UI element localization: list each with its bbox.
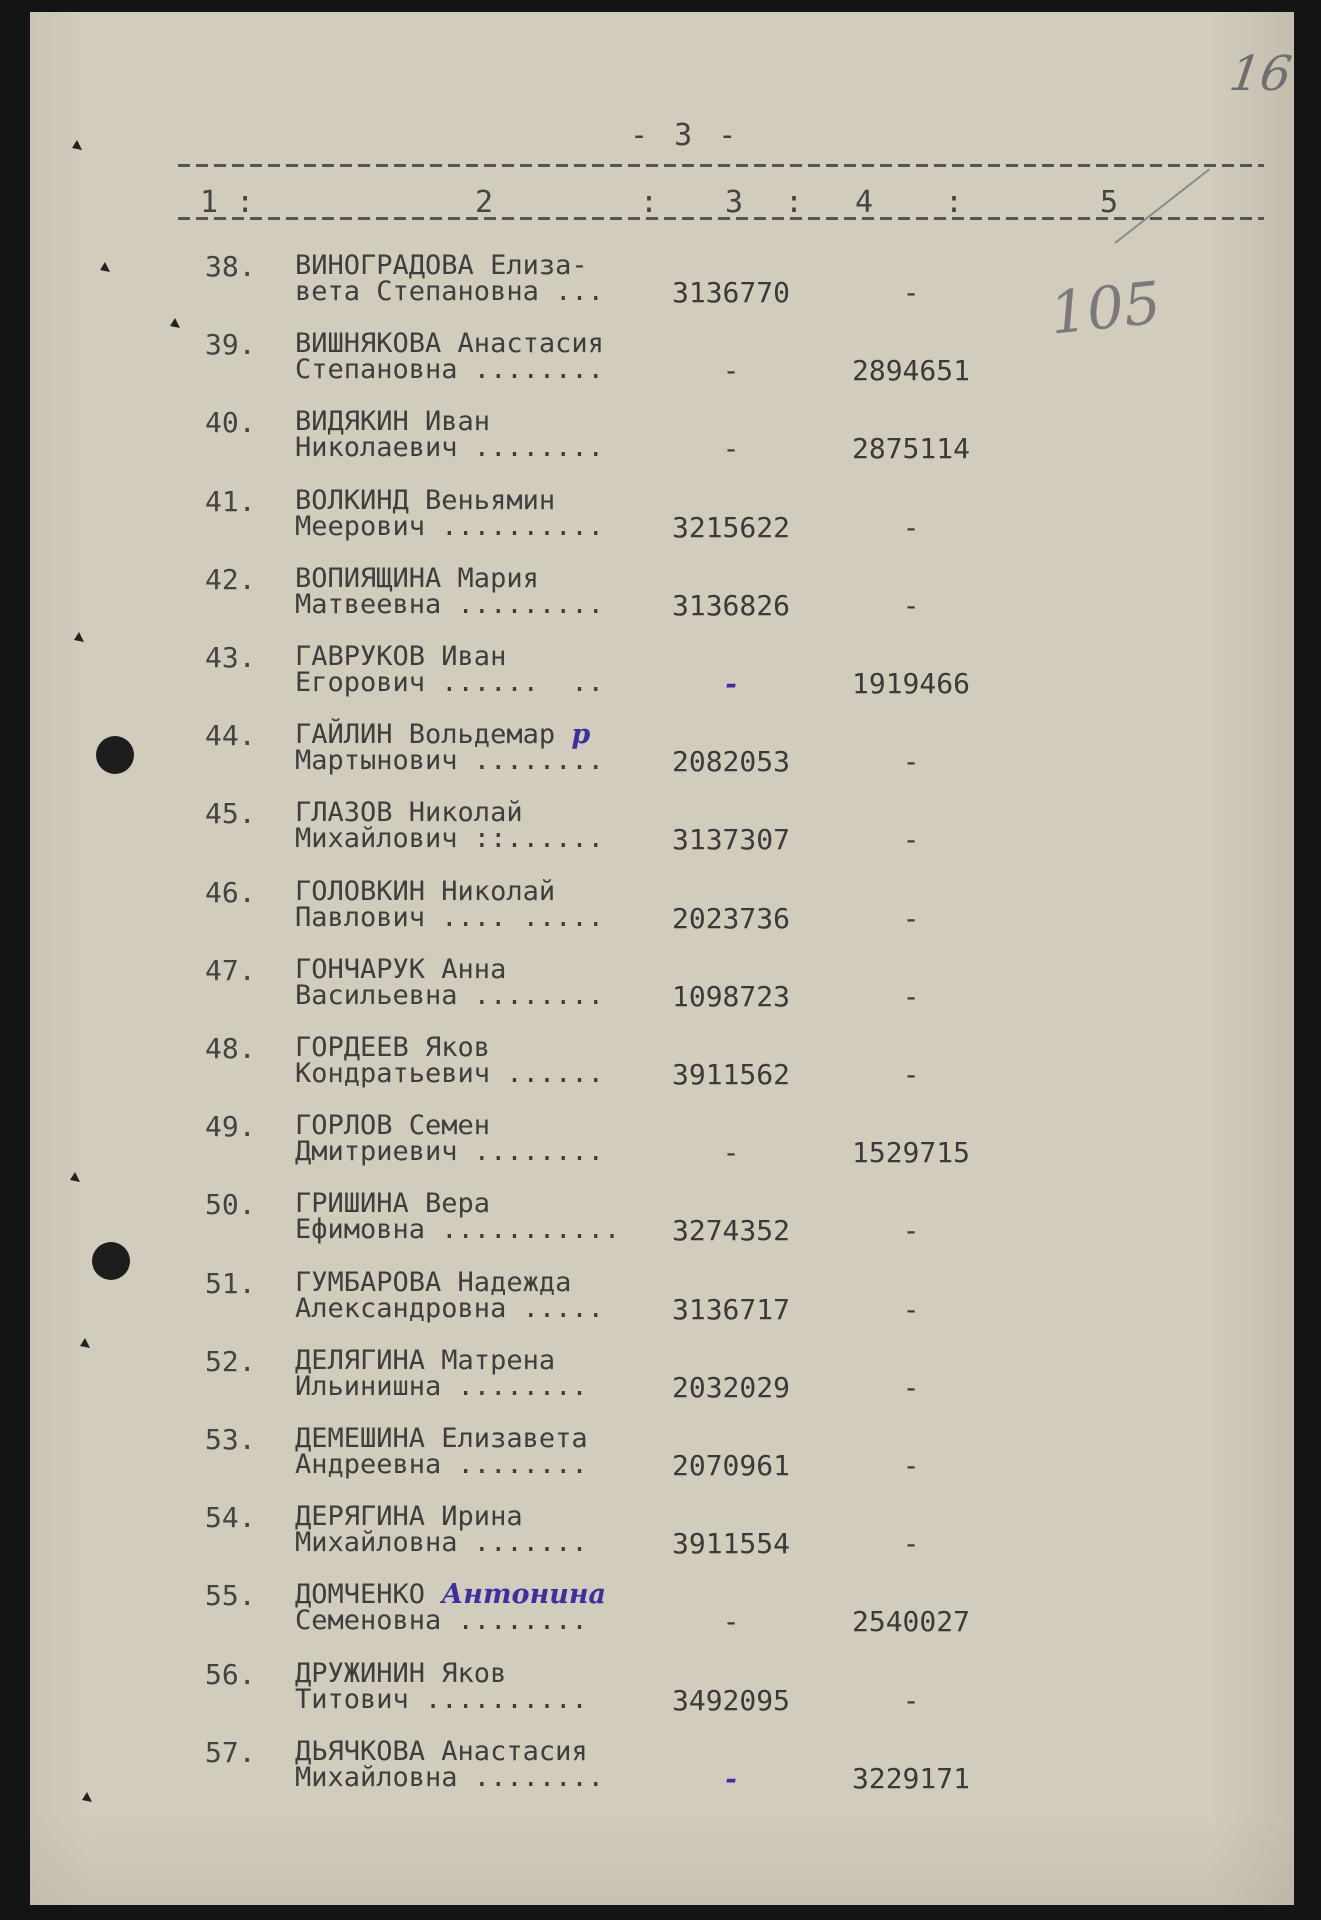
column-3-value: 3136770 xyxy=(656,276,806,309)
entry-number: 52. xyxy=(205,1345,256,1378)
column-header: : xyxy=(785,185,803,220)
entry-number: 46. xyxy=(205,876,256,909)
patronymic: Николаевич ........ xyxy=(295,432,604,463)
page-number: - 3 - xyxy=(630,118,740,153)
column-3-value: 3136826 xyxy=(656,589,806,622)
column-4-value: - xyxy=(806,1527,1016,1560)
entry-number: 47. xyxy=(205,954,256,987)
column-4-value: - xyxy=(806,589,1016,622)
column-3-value: - xyxy=(656,354,806,387)
column-3-value: 2023736 xyxy=(656,902,806,935)
entry-number: 41. xyxy=(205,485,256,518)
column-4-value: - xyxy=(806,1058,1016,1091)
list-item: 42.ВОПИЯЩИНА МарияМатвеевна .........313… xyxy=(30,563,1294,639)
patronymic: Дмитриевич ........ xyxy=(295,1136,604,1167)
list-item: 39.ВИШНЯКОВА АнастасияСтепановна .......… xyxy=(30,328,1294,404)
list-item: 52.ДЕЛЯГИНА МатренаИльинишна ........203… xyxy=(30,1345,1294,1421)
folio-number: 16 xyxy=(1226,46,1295,102)
column-4-value: 3229171 xyxy=(806,1762,1016,1795)
patronymic: Ефимовна ........... xyxy=(295,1214,620,1245)
column-4-value: - xyxy=(806,1214,1016,1247)
column-3-value: - xyxy=(656,432,806,465)
entry-number: 45. xyxy=(205,797,256,830)
patronymic: Михайловна ....... xyxy=(295,1527,588,1558)
patronymic: Ильинишна ........ xyxy=(295,1371,588,1402)
header-rule-top xyxy=(178,164,1264,167)
column-header: 5 xyxy=(1100,185,1118,220)
list-item: 55.ДОМЧЕНКО АнтонинаСеменовна ........-2… xyxy=(30,1579,1294,1655)
staple-mark xyxy=(72,140,82,150)
column-4-value: - xyxy=(806,980,1016,1013)
patronymic: Андреевна ........ xyxy=(295,1449,588,1480)
column-4-value: - xyxy=(806,1371,1016,1404)
patronymic: Михайловна ........ xyxy=(295,1762,604,1793)
entry-number: 40. xyxy=(205,406,256,439)
list-item: 45.ГЛАЗОВ НиколайМихайлович ::......3137… xyxy=(30,797,1294,873)
entry-number: 56. xyxy=(205,1658,256,1691)
column-header: : xyxy=(640,185,658,220)
patronymic: Александровна ..... xyxy=(295,1293,604,1324)
entry-number: 42. xyxy=(205,563,256,596)
patronymic: Кондратьевич ...... xyxy=(295,1058,604,1089)
patronymic: Павлович .... ..... xyxy=(295,902,604,933)
entry-number: 54. xyxy=(205,1501,256,1534)
list-item: 57.ДЬЯЧКОВА АнастасияМихайловна ........… xyxy=(30,1736,1294,1812)
list-item: 40.ВИДЯКИН ИванНиколаевич ........-28751… xyxy=(30,406,1294,482)
patronymic: Степановна ........ xyxy=(295,354,604,385)
list-item: 56.ДРУЖИНИН ЯковТитович ..........349209… xyxy=(30,1658,1294,1734)
column-3-value: - xyxy=(656,1136,806,1169)
entry-number: 57. xyxy=(205,1736,256,1769)
list-item: 41.ВОЛКИНД ВеньяминМеерович ..........32… xyxy=(30,485,1294,561)
column-3-value: 2032029 xyxy=(656,1371,806,1404)
column-header: 1 : xyxy=(200,185,254,220)
entry-number: 38. xyxy=(205,250,256,283)
column-4-value: - xyxy=(806,823,1016,856)
list-item: 46.ГОЛОВКИН НиколайПавлович .... .....20… xyxy=(30,876,1294,952)
column-4-value: - xyxy=(806,276,1016,309)
patronymic: Матвеевна ......... xyxy=(295,589,604,620)
entry-number: 43. xyxy=(205,641,256,674)
column-header: : xyxy=(945,185,963,220)
column-3-value: - xyxy=(656,1762,806,1795)
patronymic: вета Степановна ... xyxy=(295,276,604,307)
patronymic: Васильевна ........ xyxy=(295,980,604,1011)
column-3-value: 3911554 xyxy=(656,1527,806,1560)
column-header: 4 xyxy=(855,185,873,220)
header-rule-bottom xyxy=(178,217,1264,220)
patronymic: Семеновна ........ xyxy=(295,1605,588,1636)
entry-number: 49. xyxy=(205,1110,256,1143)
column-4-value: - xyxy=(806,511,1016,544)
punch-hole xyxy=(96,736,134,774)
column-4-value: - xyxy=(806,1684,1016,1717)
list-item: 49.ГОРЛОВ СеменДмитриевич ........-15297… xyxy=(30,1110,1294,1186)
list-item: 38.ВИНОГРАДОВА Елиза-вета Степановна ...… xyxy=(30,250,1294,326)
entry-number: 50. xyxy=(205,1188,256,1221)
column-3-value: - xyxy=(656,667,806,700)
list-item: 54.ДЕРЯГИНА ИринаМихайловна .......39115… xyxy=(30,1501,1294,1577)
column-3-value: 3911562 xyxy=(656,1058,806,1091)
column-3-value: - xyxy=(656,1605,806,1638)
column-header: 2 xyxy=(475,185,493,220)
document-page: 16 105 - 3 - 1 :2:3:4:5 38.ВИНОГРАДОВА Е… xyxy=(30,12,1294,1905)
pencil-mark xyxy=(1114,168,1210,243)
column-4-value: 1529715 xyxy=(806,1136,1016,1169)
patronymic: Михайлович ::...... xyxy=(295,823,604,854)
column-3-value: 3136717 xyxy=(656,1293,806,1326)
entry-number: 48. xyxy=(205,1032,256,1065)
column-4-value: 2875114 xyxy=(806,432,1016,465)
column-4-value: - xyxy=(806,902,1016,935)
column-3-value: 3274352 xyxy=(656,1214,806,1247)
column-4-value: - xyxy=(806,745,1016,778)
patronymic: Егорович ...... .. xyxy=(295,667,604,698)
patronymic: Титович .......... xyxy=(295,1684,588,1715)
column-3-value: 2070961 xyxy=(656,1449,806,1482)
punch-hole xyxy=(92,1242,130,1280)
list-item: 48.ГОРДЕЕВ ЯковКондратьевич ......391156… xyxy=(30,1032,1294,1108)
column-3-value: 3215622 xyxy=(656,511,806,544)
column-4-value: 2894651 xyxy=(806,354,1016,387)
list-item: 47.ГОНЧАРУК АннаВасильевна ........10987… xyxy=(30,954,1294,1030)
column-4-value: - xyxy=(806,1293,1016,1326)
list-item: 44.ГАЙЛИН Вольдемар рМартынович ........… xyxy=(30,719,1294,795)
entry-number: 53. xyxy=(205,1423,256,1456)
column-3-value: 2082053 xyxy=(656,745,806,778)
column-3-value: 1098723 xyxy=(656,980,806,1013)
list-item: 53.ДЕМЕШИНА ЕлизаветаАндреевна ........2… xyxy=(30,1423,1294,1499)
patronymic: Мартынович ........ xyxy=(295,745,604,776)
column-3-value: 3492095 xyxy=(656,1684,806,1717)
list-item: 43.ГАВРУКОВ ИванЕгорович ...... ..-19194… xyxy=(30,641,1294,717)
list-item: 51.ГУМБАРОВА НадеждаАлександровна .....3… xyxy=(30,1267,1294,1343)
column-3-value: 3137307 xyxy=(656,823,806,856)
entry-number: 39. xyxy=(205,328,256,361)
column-header: 3 xyxy=(725,185,743,220)
column-4-value: 1919466 xyxy=(806,667,1016,700)
column-4-value: 2540027 xyxy=(806,1605,1016,1638)
list-item: 50.ГРИШИНА ВераЕфимовна ...........32743… xyxy=(30,1188,1294,1264)
patronymic: Меерович .......... xyxy=(295,511,604,542)
entry-number: 44. xyxy=(205,719,256,752)
column-4-value: - xyxy=(806,1449,1016,1482)
entry-number: 51. xyxy=(205,1267,256,1300)
entry-number: 55. xyxy=(205,1579,256,1612)
